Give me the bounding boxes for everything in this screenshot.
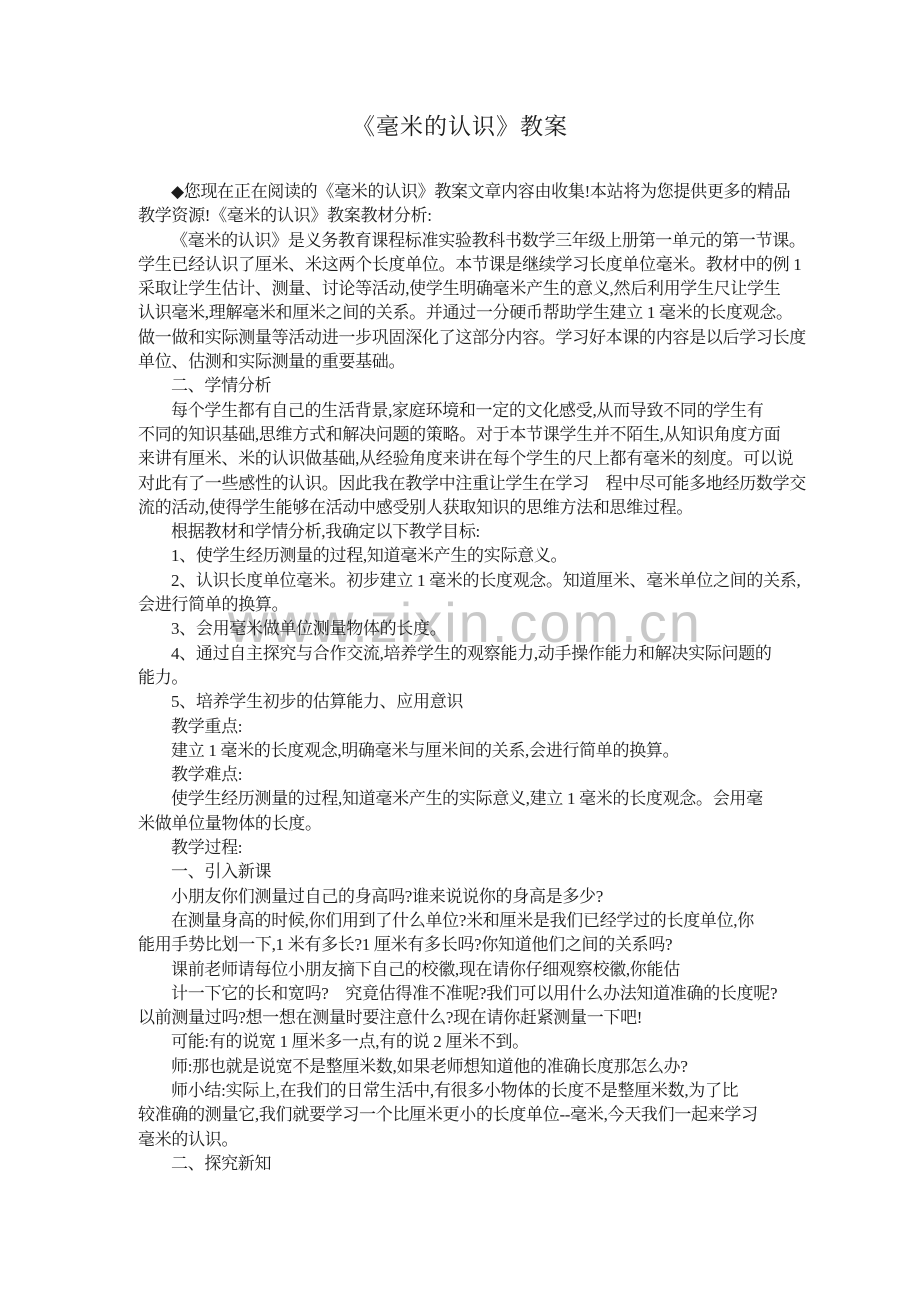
text-line: 单位、估测和实际测量的重要基础。 [138,350,920,374]
text-line: 可能:有的说宽 1 厘米多一点,有的说 2 厘米不到。 [138,1030,920,1054]
text-line: 每个学生都有自己的生活背景,家庭环境和一定的文化感受,从而导致不同的学生有 [138,399,920,423]
text-line: 建立 1 毫米的长度观念,明确毫米与厘米间的关系,会进行简单的换算。 [138,739,920,763]
text-line: 教学难点: [138,763,920,787]
text-line: 一、引入新课 [138,860,920,884]
text-line: 学生已经认识了厘米、米这两个长度单位。本节课是继续学习长度单位毫米。教材中的例 … [138,253,920,277]
text-line: 教学过程: [138,836,920,860]
text-line: 师:那也就是说宽不是整厘米数,如果老师想知道他的准确长度那怎么办? [138,1055,920,1079]
text-line: 4、通过自主探究与合作交流,培养学生的观察能力,动手操作能力和解决实际问题的 [138,642,920,666]
text-line: 3、会用毫米做单位测量物体的长度。 [138,617,920,641]
text-line: 较准确的测量它,我们就要学习一个比厘米更小的长度单位--毫米,今天我们一起来学习 [138,1103,920,1127]
text-line: 能用手势比划一下,1 米有多长?1 厘米有多长吗?你知道他们之间的关系吗? [138,933,920,957]
text-line: 来讲有厘米、米的认识做基础,从经验角度来讲在每个学生的尺上都有毫米的刻度。可以说 [138,447,920,471]
text-line: 以前测量过吗?想一想在测量时要注意什么?现在请你赶紧测量一下吧! [138,1006,920,1030]
text-line: 教学资源!《毫米的认识》教案教材分析: [138,204,920,228]
text-line: 师小结:实际上,在我们的日常生活中,有很多小物体的长度不是整厘米数,为了比 [138,1079,920,1103]
text-line: ◆您现在正在阅读的《毫米的认识》教案文章内容由收集!本站将为您提供更多的精品 [138,180,920,204]
text-line: 课前老师请每位小朋友摘下自己的校徽,现在请你仔细观察校徽,你能估 [138,958,920,982]
text-line: 小朋友你们测量过自己的身高吗?谁来说说你的身高是多少? [138,885,920,909]
text-line: 米做单位量物体的长度。 [138,812,920,836]
text-line: 不同的知识基础,思维方式和解决问题的策略。对于本节课学生并不陌生,从知识角度方面 [138,423,920,447]
text-line: 做一做和实际测量等活动进一步巩固深化了这部分内容。学习好本课的内容是以后学习长度 [138,326,920,350]
page-title: 《毫米的认识》教案 [0,112,920,142]
text-line: 毫米的认识。 [138,1128,920,1152]
text-line: 2、认识长度单位毫米。初步建立 1 毫米的长度观念。知道厘米、毫米单位之间的关系… [138,569,920,593]
text-line: 会进行简单的换算。 [138,593,920,617]
text-line: 1、使学生经历测量的过程,知道毫米产生的实际意义。 [138,544,920,568]
text-line: 认识毫米,理解毫米和厘米之间的关系。并通过一分硬币帮助学生建立 1 毫米的长度观… [138,301,920,325]
text-line: 使学生经历测量的过程,知道毫米产生的实际意义,建立 1 毫米的长度观念。会用毫 [138,787,920,811]
text-line: 根据教材和学情分析,我确定以下教学目标: [138,520,920,544]
text-line: 二、学情分析 [138,374,920,398]
text-line: 流的活动,使得学生能够在活动中感受别人获取知识的思维方法和思维过程。 [138,496,920,520]
document-body: ◆您现在正在阅读的《毫米的认识》教案文章内容由收集!本站将为您提供更多的精品教学… [138,180,920,1176]
text-line: 《毫米的认识》是义务教育课程标准实验教科书数学三年级上册第一单元的第一节课。 [138,229,920,253]
text-line: 在测量身高的时候,你们用到了什么单位?米和厘米是我们已经学过的长度单位,你 [138,909,920,933]
document-page: www.zixin.com.cn 《毫米的认识》教案 ◆您现在正在阅读的《毫米的… [0,0,920,1302]
text-line: 能力。 [138,666,920,690]
text-line: 采取让学生估计、测量、讨论等活动,使学生明确毫米产生的意义,然后利用学生尺让学生 [138,277,920,301]
text-line: 教学重点: [138,715,920,739]
text-line: 计一下它的长和宽吗? 究竟估得准不准呢?我们可以用什么办法知道准确的长度呢? [138,982,920,1006]
text-line: 对此有了一些感性的认识。因此我在教学中注重让学生在学习 程中尽可能多地经历数学交 [138,472,920,496]
text-line: 5、培养学生初步的估算能力、应用意识 [138,690,920,714]
text-line: 二、探究新知 [138,1152,920,1176]
